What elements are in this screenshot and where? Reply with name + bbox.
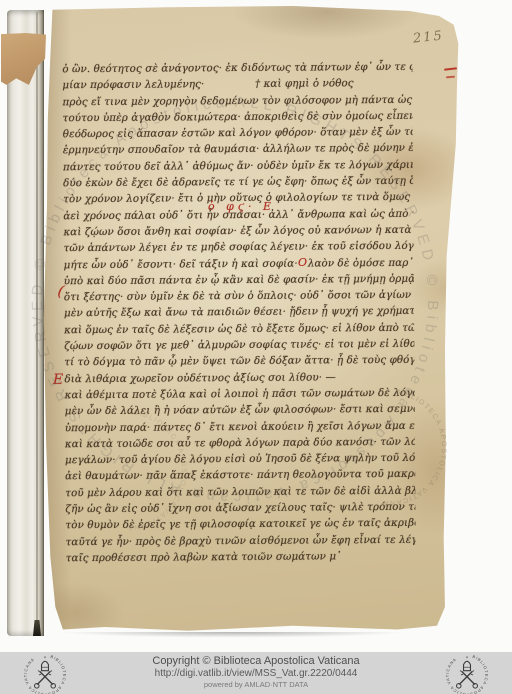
manuscript-text-block: ὁ ὢν. θεότητος σὲ ἀνάγοντος· ἐκ διδόντως… xyxy=(62,59,416,567)
manuscript-text-line: μὲν ὧν δὲ λάλει ἢ ἡ νόαν αὐτῶν ἐξ ὧν φιλ… xyxy=(65,401,415,420)
folio-number: 215 xyxy=(412,28,444,46)
footer-text: Copyright © Biblioteca Apostolica Vatica… xyxy=(0,655,512,690)
manuscript-text-line: ὁ ὢν. θεότητος σὲ ἀνάγοντος· ἐκ διδόντως… xyxy=(62,59,412,78)
vatican-library-emblem-right xyxy=(441,654,493,694)
rubric-inline-red: ὁ φϛ· Ε xyxy=(208,200,275,213)
footer-powered-by: powered by AMLAD·NTT DATA xyxy=(0,680,512,690)
footer-bar: Copyright © Biblioteca Apostolica Vatica… xyxy=(0,652,512,694)
manuscript-text-line: τὸν θυμὸν δὲ ἐρεῖς γε τῇ φιλοσοφίᾳ κατοι… xyxy=(65,515,415,534)
rubric-omicron: Ο xyxy=(298,256,307,269)
rubric-margin-dash xyxy=(446,76,455,79)
rubric-initial-epsilon: Ε xyxy=(53,372,63,388)
page-gutter-groove xyxy=(36,12,38,632)
manuscript-leaf: 215 ὁ ὢν. θεότητος σὲ ἀνάγοντος· ἐκ διδό… xyxy=(42,6,460,632)
manuscript-text-line: ταῦτά γε ἦν· πρὸς δὲ βραχὺ τινῶν αἰσθόμε… xyxy=(66,531,416,550)
book-shadow xyxy=(18,632,448,639)
manuscript-text-line: τί τὸ δόγμα τὸ πᾶν ᾧ μὲν ὕψει τῶν δὲ δόξ… xyxy=(64,352,414,371)
rubric-margin-dash xyxy=(444,67,457,70)
scanned-manuscript-photo: 215 ὁ ὢν. θεότητος σὲ ἀνάγοντος· ἐκ διδό… xyxy=(0,0,512,694)
manuscript-text-line: τῶν ἁπάντων λέγει ἐν τε μηδὲ σοφίας λέγε… xyxy=(63,238,413,257)
footer-copyright: Copyright © Biblioteca Apostolica Vatica… xyxy=(0,655,512,668)
footer-manifest-url: http://digi.vatlib.it/view/MSS_Vat.gr.22… xyxy=(0,668,512,680)
book-page-edges xyxy=(7,10,44,636)
manuscript-text-line: ταῖς προθέσεσι πρὸ λαβὼν κατὰ τοιῶν σωμά… xyxy=(66,548,416,567)
